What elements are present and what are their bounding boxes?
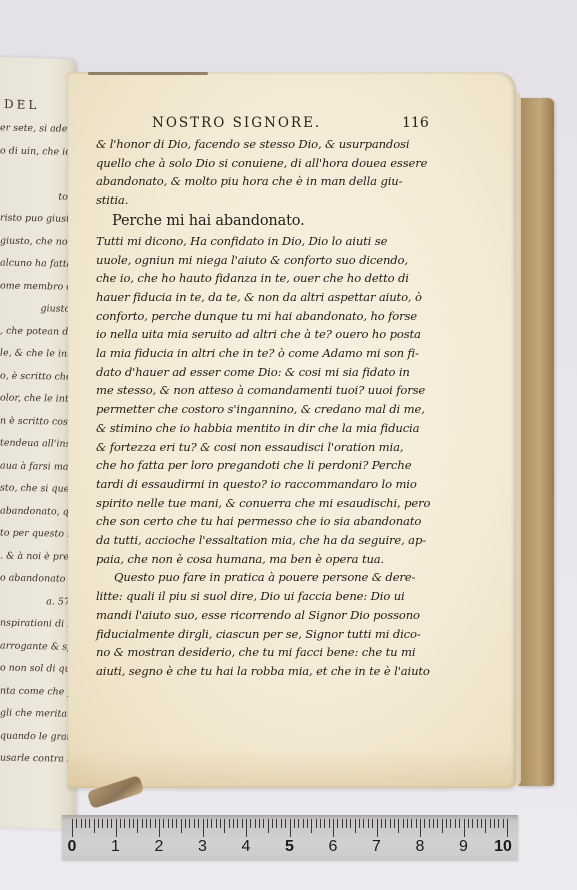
text-line: permetter che costoro s'ingannino, & cre…	[96, 400, 436, 419]
scale-ruler: 012345678910	[62, 815, 518, 860]
ruler-tick	[98, 819, 99, 828]
ruler-tick	[346, 819, 347, 828]
ruler-tick	[363, 819, 364, 828]
ruler-tick	[368, 819, 369, 828]
left-page-line: n è scritto cosa alcuna,	[0, 410, 75, 434]
left-page-line: abandonato, quelle	[0, 500, 75, 524]
text-line: paia, che non è cosa humana, ma ben è op…	[96, 550, 436, 569]
left-page-line: ome membro di esso lo	[0, 275, 75, 299]
text-line: me stesso, & non atteso à comandamenti t…	[96, 381, 436, 400]
ruler-tick	[437, 819, 438, 828]
ruler-tick	[120, 819, 121, 828]
text-line: & fortezza eri tu? & cosi non essaudisci…	[96, 438, 436, 457]
left-page-line: nspirationi di Dio, po	[0, 613, 75, 637]
ruler-label: 3	[191, 838, 215, 856]
left-page: DEL er sete, si adempiereo di uin, che i…	[0, 57, 75, 830]
left-page-line: to?	[0, 185, 75, 209]
text-line: hauer fiducia in te, da te, & non da alt…	[96, 288, 436, 307]
ruler-tick	[337, 819, 338, 828]
ruler-tick	[407, 819, 408, 828]
ruler-tick	[477, 819, 478, 828]
left-page-line: gli che meritaua d'esse	[0, 703, 75, 727]
ruler-tick	[163, 819, 164, 828]
text-line: io nella uita mia seruito ad altri che à…	[96, 325, 436, 344]
ruler-tick	[194, 819, 195, 828]
ruler-tick	[468, 819, 469, 828]
ruler-tick	[233, 819, 234, 828]
left-page-line: tendeua all'inspiration	[0, 433, 75, 457]
ruler-tick	[490, 819, 491, 828]
ruler-tick	[185, 819, 186, 828]
page-top-stain	[88, 72, 208, 75]
text-line: conforto, perche dunque tu mi hai abando…	[96, 307, 436, 326]
ruler-tick	[124, 819, 125, 828]
ruler-tick	[416, 819, 417, 828]
text-line: la mia fiducia in altri che in te? ò com…	[96, 344, 436, 363]
ruler-tick	[494, 819, 495, 828]
ruler-label: 2	[147, 838, 171, 856]
text-line: fiducialmente dirgli, ciascun per se, Si…	[96, 625, 436, 644]
ruler-tick	[159, 819, 160, 837]
ruler-tick	[81, 819, 82, 828]
left-page-line: o abandonato il giusto	[0, 568, 75, 592]
text-line: aiuti, segno è che tu hai la robba mia, …	[96, 662, 436, 681]
left-page-line: a. 57.	[0, 590, 75, 614]
ruler-tick	[276, 819, 277, 828]
text-line: abandonato, & molto piu hora che è in ma…	[96, 172, 436, 191]
ruler-tick	[216, 819, 217, 828]
ruler-tick	[181, 819, 182, 833]
ruler-tick	[411, 819, 412, 828]
ruler-tick	[350, 819, 351, 828]
ruler-tick	[172, 819, 173, 828]
text-line: uuole, ogniun mi niega l'aiuto & confort…	[96, 251, 436, 270]
ruler-tick	[329, 819, 330, 828]
ruler-tick	[237, 819, 238, 828]
ruler-tick	[133, 819, 134, 828]
ruler-tick	[450, 819, 451, 828]
ruler-tick	[224, 819, 225, 833]
text-line: litte: quali il piu si suol dire, Dio ui…	[96, 587, 436, 606]
ruler-tick	[168, 819, 169, 828]
text-line: da tutti, accioche l'essaltation mia, ch…	[96, 531, 436, 550]
left-page-line: . & à noi è preparato	[0, 545, 75, 569]
ruler-tick	[324, 819, 325, 828]
ruler-tick	[94, 819, 95, 833]
ruler-tick	[298, 819, 299, 828]
ruler-tick	[429, 819, 430, 828]
ruler-tick	[320, 819, 321, 828]
text-line: Questo puo fare in pratica à pouere pers…	[96, 568, 436, 587]
ruler-tick	[385, 819, 386, 828]
ruler-tick	[442, 819, 443, 833]
left-page-line: usarle contra lui	[0, 748, 75, 772]
left-page-line: olor, che le intesero, se	[0, 388, 75, 412]
left-page-line: risto puo giustamente	[0, 208, 75, 232]
text-line: spirito nelle tue mani, & conuerra che m…	[96, 494, 436, 513]
left-page-text: er sete, si adempiereo di uin, che io mi…	[0, 117, 75, 772]
ruler-tick	[507, 819, 508, 837]
ruler-tick	[250, 819, 251, 828]
left-page-line: nta come che fosse tue	[0, 680, 75, 704]
ruler-tick	[398, 819, 399, 833]
ruler-label: 4	[234, 838, 258, 856]
ruler-tick	[307, 819, 308, 828]
ruler-tick	[176, 819, 177, 828]
text-line: dato d'hauer ad esser come Dio: & cosi m…	[96, 363, 436, 382]
ruler-tick	[285, 819, 286, 828]
left-page-line: arrogante & sfaccia	[0, 635, 75, 659]
ruler-tick	[150, 819, 151, 828]
ruler-tick	[503, 819, 504, 828]
ruler-tick	[116, 819, 117, 837]
ruler-tick	[359, 819, 360, 828]
ruler-tick	[76, 819, 77, 828]
left-page-line: to per questo si come	[0, 523, 75, 547]
ruler-tick	[129, 819, 130, 828]
ruler-label: 5	[278, 838, 302, 856]
ruler-tick	[242, 819, 243, 828]
ruler-tick	[220, 819, 221, 828]
ruler-tick	[255, 819, 256, 828]
page-body-text: & l'honor di Dio, facendo se stesso Dio,…	[96, 135, 436, 681]
left-page-line: , che potean dir colo-	[0, 320, 75, 344]
ruler-tick	[146, 819, 147, 828]
ruler-tick	[268, 819, 269, 833]
ruler-tick	[272, 819, 273, 828]
ruler-tick	[403, 819, 404, 828]
text-line: stitia.	[96, 191, 436, 210]
text-line: no & mostran desiderio, che tu mi facci …	[96, 643, 436, 662]
ruler-tick	[464, 819, 465, 837]
section-heading: Perche mi hai abandonato.	[96, 210, 436, 232]
ruler-tick	[85, 819, 86, 828]
ruler-tick	[481, 819, 482, 828]
ruler-tick	[446, 819, 447, 828]
ruler-tick	[424, 819, 425, 828]
left-page-line: o di uin, che io mi uo	[0, 140, 75, 164]
ruler-tick	[281, 819, 282, 828]
ruler-tick	[311, 819, 312, 833]
ruler-tick	[211, 819, 212, 828]
text-line: che ho fatta per loro pregandoti che li …	[96, 456, 436, 475]
running-head: NOSTRO SIGNORE. 116	[152, 115, 452, 131]
ruler-label: 8	[408, 838, 432, 856]
ruler-tick	[372, 819, 373, 828]
ruler-tick	[455, 819, 456, 828]
ruler-tick	[263, 819, 264, 828]
ruler-tick	[390, 819, 391, 828]
ruler-tick	[72, 819, 73, 837]
left-page-line: le, & che le intesero,	[0, 343, 75, 367]
ruler-tick	[377, 819, 378, 837]
ruler-tick	[198, 819, 199, 828]
text-line: & l'honor di Dio, facendo se stesso Dio,…	[96, 135, 436, 154]
ruler-label: 10	[491, 838, 515, 856]
running-head-title: NOSTRO SIGNORE.	[152, 115, 321, 131]
ruler-tick	[290, 819, 291, 837]
ruler-tick	[102, 819, 103, 828]
ruler-tick	[189, 819, 190, 828]
ruler-tick	[333, 819, 334, 837]
ruler-tick	[294, 819, 295, 828]
left-page-line: aua à farsi maggior,	[0, 455, 75, 479]
ruler-tick	[342, 819, 343, 828]
ruler-tick	[485, 819, 486, 833]
left-page-line: er sete, si adempiere	[0, 118, 75, 142]
left-page-line: sto, che si querela con	[0, 478, 75, 502]
ruler-tick	[355, 819, 356, 833]
ruler-label: 9	[452, 838, 476, 856]
ruler-tick	[111, 819, 112, 828]
ruler-tick	[89, 819, 90, 828]
ruler-label: 0	[60, 838, 84, 856]
text-line: tardi di essaudirmi in questo? io raccom…	[96, 475, 436, 494]
ruler-tick	[433, 819, 434, 828]
ruler-tick	[155, 819, 156, 828]
text-line: che io, che ho hauto fidanza in te, ouer…	[96, 269, 436, 288]
left-page-line	[0, 163, 75, 187]
ruler-tick	[381, 819, 382, 828]
ruler-label: 6	[321, 838, 345, 856]
ruler-tick	[303, 819, 304, 828]
left-running-head: DEL	[4, 97, 39, 112]
ruler-tick	[142, 819, 143, 828]
ruler-label: 1	[104, 838, 128, 856]
text-line: che son certo che tu hai permesso che io…	[96, 512, 436, 531]
ruler-tick	[472, 819, 473, 828]
ruler-tick	[203, 819, 204, 837]
ruler-tick	[459, 819, 460, 828]
text-line: quello che à solo Dio si conuiene, di al…	[96, 154, 436, 173]
text-line: mandi l'aiuto suo, esse ricorrendo al Si…	[96, 606, 436, 625]
ruler-tick	[246, 819, 247, 837]
ruler-label: 7	[365, 838, 389, 856]
left-page-line: quando le gratie, che	[0, 725, 75, 749]
text-line: Tutti mi dicono, Ha confidato in Dio, Di…	[96, 232, 436, 251]
ruler-tick	[229, 819, 230, 828]
book-cover-edge	[518, 98, 554, 786]
ruler-tick	[498, 819, 499, 828]
ruler-tick	[207, 819, 208, 828]
left-page-line: o non sol di questo, ma	[0, 658, 75, 682]
ruler-tick	[107, 819, 108, 828]
ruler-tick	[137, 819, 138, 833]
ruler-tick	[316, 819, 317, 828]
left-page-line: giusto, che non dobbe	[0, 230, 75, 254]
ruler-tick	[259, 819, 260, 828]
left-page-line: o, è scritto che disfero;	[0, 365, 75, 389]
text-line: & stimino che io habbia mentito in dir c…	[96, 419, 436, 438]
page-number: 116	[402, 115, 429, 131]
ruler-tick	[420, 819, 421, 837]
left-page-line: alcuno ha fatta, ò ja	[0, 253, 75, 277]
left-page-line: giusto.	[0, 298, 75, 322]
ruler-tick	[394, 819, 395, 828]
